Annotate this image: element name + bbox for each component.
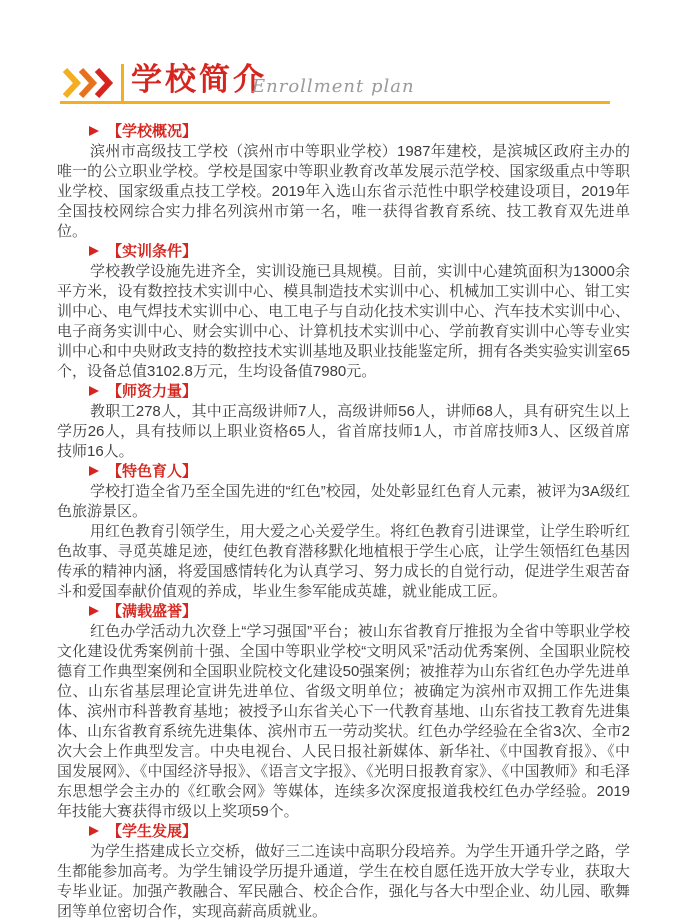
section-heading: 【学校概况】 [57, 122, 630, 142]
arrow-right-icon [89, 466, 99, 476]
section-title: 【师资力量】 [107, 383, 197, 400]
arrow-right-icon [89, 246, 99, 256]
paragraph: 学校打造全省乃至全国先进的“红色”校园，处处彰显红色育人元素，被评为3A级红色旅… [57, 482, 630, 522]
header-underline [60, 101, 610, 104]
triple-chevron-icon [62, 68, 116, 98]
paragraph: 滨州市高级技工学校（滨州市中等职业学校）1987年建校，是滨城区政府主办的唯一的… [57, 142, 630, 242]
section-title: 【学校概况】 [107, 123, 197, 140]
section-title: 【实训条件】 [107, 243, 197, 260]
section-title: 【满载盛誉】 [107, 603, 197, 620]
section-faculty: 【师资力量】 教职工278人，其中正高级讲师7人，高级讲师56人，讲师68人，具… [57, 382, 630, 462]
document-page: 学校简介 Enrollment plan 【学校概况】 滨州市高级技工学校（滨州… [0, 0, 675, 922]
section-heading: 【满载盛誉】 [57, 602, 630, 622]
content-body: 【学校概况】 滨州市高级技工学校（滨州市中等职业学校）1987年建校，是滨城区政… [57, 122, 630, 922]
section-heading: 【实训条件】 [57, 242, 630, 262]
section-training-facilities: 【实训条件】 学校教学设施先进齐全，实训设施已具规模。目前，实训中心建筑面积为1… [57, 242, 630, 382]
paragraph: 学校教学设施先进齐全，实训设施已具规模。目前，实训中心建筑面积为13000余平方… [57, 262, 630, 382]
page-title: 学校简介 [131, 60, 267, 100]
section-title: 【学生发展】 [107, 823, 197, 840]
paragraph: 用红色教育引领学生，用大爱之心关爱学生。将红色教育引进课堂，让学生聆听红色故事、… [57, 522, 630, 602]
page-subtitle: Enrollment plan [252, 76, 415, 97]
section-honors: 【满载盛誉】 红色办学活动九次登上“学习强国”平台；被山东省教育厅推报为全省中等… [57, 602, 630, 822]
paragraph: 教职工278人，其中正高级讲师7人，高级讲师56人，讲师68人，具有研究生以上学… [57, 402, 630, 462]
paragraph: 红色办学活动九次登上“学习强国”平台；被山东省教育厅推报为全省中等职业学校文化建… [57, 622, 630, 822]
page-header: 学校简介 Enrollment plan [0, 0, 675, 110]
arrow-right-icon [89, 606, 99, 616]
section-student-development: 【学生发展】 为学生搭建成长立交桥，做好三二连读中高职分段培养。为学生开通升学之… [57, 822, 630, 922]
section-heading: 【师资力量】 [57, 382, 630, 402]
arrow-right-icon [89, 386, 99, 396]
title-divider-bar [121, 64, 124, 102]
section-school-overview: 【学校概况】 滨州市高级技工学校（滨州市中等职业学校）1987年建校，是滨城区政… [57, 122, 630, 242]
section-heading: 【特色育人】 [57, 462, 630, 482]
section-title: 【特色育人】 [107, 463, 197, 480]
arrow-right-icon [89, 826, 99, 836]
section-heading: 【学生发展】 [57, 822, 630, 842]
paragraph: 为学生搭建成长立交桥，做好三二连读中高职分段培养。为学生开通升学之路，学生都能参… [57, 842, 630, 922]
section-distinctive-education: 【特色育人】 学校打造全省乃至全国先进的“红色”校园，处处彰显红色育人元素，被评… [57, 462, 630, 602]
arrow-right-icon [89, 126, 99, 136]
